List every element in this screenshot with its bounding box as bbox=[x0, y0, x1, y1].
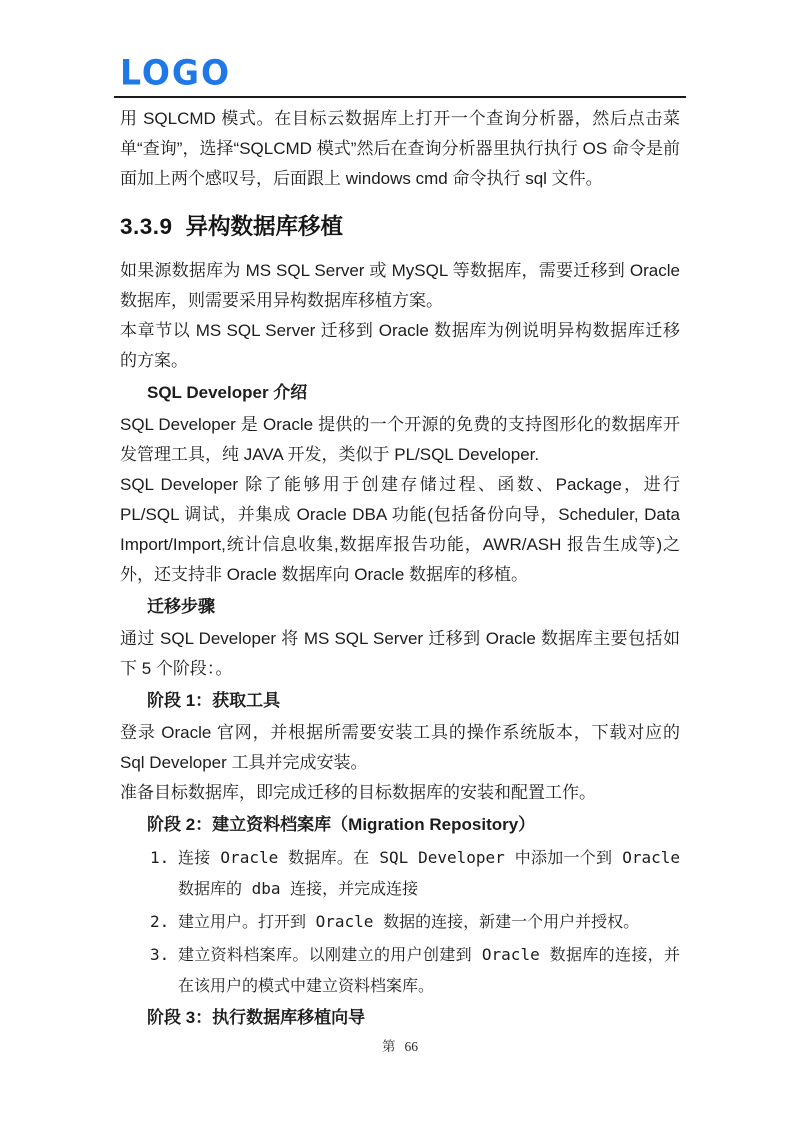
page-header: LOGO bbox=[0, 0, 800, 98]
paragraph-sqldeveloper-features: SQL Developer 除了能够用于创建存储过程、函数、Package，进行… bbox=[120, 470, 680, 590]
list-item-number: 2. bbox=[150, 906, 178, 937]
list-item-text: 建立用户。打开到 Oracle 数据的连接，新建一个用户并授权。 bbox=[178, 906, 680, 937]
section-number: 3.3.9 bbox=[120, 214, 173, 239]
section-title: 异构数据库移植 bbox=[186, 214, 344, 239]
company-logo: LOGO bbox=[120, 55, 686, 92]
paragraph-download-tool: 登录 Oracle 官网，并根据所需要安装工具的操作系统版本，下载对应的 Sql… bbox=[120, 718, 680, 778]
list-item: 3. 建立资料档案库。以刚建立的用户创建到 Oracle 数据库的连接，并在该用… bbox=[120, 939, 680, 1001]
subheading-phase1: 阶段 1：获取工具 bbox=[120, 686, 680, 716]
subheading-phase3: 阶段 3：执行数据库移植向导 bbox=[120, 1003, 680, 1033]
list-item: 2. 建立用户。打开到 Oracle 数据的连接，新建一个用户并授权。 bbox=[120, 906, 680, 937]
subheading-phase2: 阶段 2：建立资料档案库（Migration Repository） bbox=[120, 810, 680, 840]
paragraph-source-db: 如果源数据库为 MS SQL Server 或 MySQL 等数据库，需要迁移到… bbox=[120, 256, 680, 316]
section-heading: 3.3.9异构数据库移植 bbox=[120, 211, 680, 243]
list-item-number: 1. bbox=[150, 842, 178, 904]
subheading-migration-steps: 迁移步骤 bbox=[120, 592, 680, 622]
page-footer: 第66 bbox=[0, 1038, 800, 1056]
list-item: 1. 连接 Oracle 数据库。在 SQL Developer 中添加一个到 … bbox=[120, 842, 680, 904]
paragraph-five-phases: 通过 SQL Developer 将 MS SQL Server 迁移到 Ora… bbox=[120, 624, 680, 684]
document-body: 用 SQLCMD 模式。在目标云数据库上打开一个查询分析器，然后点击菜单“查询”… bbox=[0, 98, 800, 1033]
paragraph-prepare-target-db: 准备目标数据库，即完成迁移的目标数据库的安装和配置工作。 bbox=[120, 778, 680, 808]
list-item-number: 3. bbox=[150, 939, 178, 1001]
subheading-sqldeveloper-intro: SQL Developer 介绍 bbox=[120, 378, 680, 408]
document-page: LOGO 用 SQLCMD 模式。在目标云数据库上打开一个查询分析器，然后点击菜… bbox=[0, 0, 800, 1132]
list-item-text: 连接 Oracle 数据库。在 SQL Developer 中添加一个到 Ora… bbox=[178, 842, 680, 904]
paragraph-sqldeveloper-description: SQL Developer 是 Oracle 提供的一个开源的免费的支持图形化的… bbox=[120, 410, 680, 470]
page-number-prefix: 第 bbox=[382, 1039, 396, 1054]
repository-steps-list: 1. 连接 Oracle 数据库。在 SQL Developer 中添加一个到 … bbox=[120, 842, 680, 1001]
list-item-text: 建立资料档案库。以刚建立的用户创建到 Oracle 数据库的连接，并在该用户的模… bbox=[178, 939, 680, 1001]
paragraph-chapter-scope: 本章节以 MS SQL Server 迁移到 Oracle 数据库为例说明异构数… bbox=[120, 316, 680, 376]
page-number: 66 bbox=[405, 1039, 419, 1054]
paragraph-sqlcmd-intro: 用 SQLCMD 模式。在目标云数据库上打开一个查询分析器，然后点击菜单“查询”… bbox=[120, 104, 680, 194]
